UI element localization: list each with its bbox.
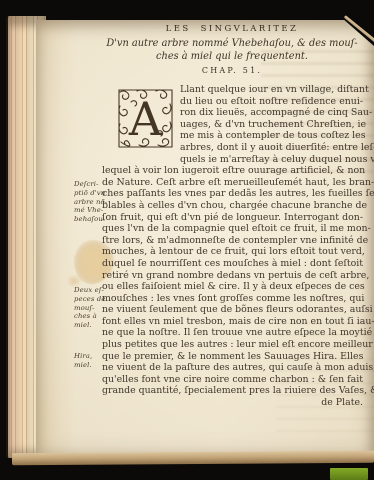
body-line: que le premier, & le nomment les Sauuage…: [102, 351, 363, 363]
body-line: mouches, à lentour de ce fruit, qui lors…: [102, 246, 363, 258]
body-line: de Plate.: [102, 397, 363, 409]
body-line: ne que la noſtre. Il ſen trouue vne autr…: [102, 327, 363, 339]
body-line: font elles vn miel tresbon, mais de cire…: [102, 316, 363, 328]
running-header: LES SINGVLARITEZ: [92, 24, 372, 34]
green-table-strip: [330, 468, 368, 480]
body-line: mouſches : les vnes ſont groſſes comme l…: [102, 293, 363, 305]
margin-note-line: miel.: [74, 321, 104, 330]
body-line: duquel ſe nourriſſent ces mouſches à mie…: [102, 258, 363, 270]
margin-note-line: Deſcri-: [74, 180, 104, 189]
body-line: quels ie m'arreſtay à celuy duquel nous …: [102, 154, 363, 166]
body-line: ſon fruit, qui eſt d'vn pié de longueur.…: [102, 212, 363, 224]
chapter-title: D'vn autre arbre nommé Vhebehaſou, & des…: [92, 38, 372, 63]
margin-note-tree-description: Deſcri-ptiõ d'vnarbre nõ-mé Vhe-behaſou.: [74, 180, 104, 224]
margin-note-line: Deux eſ-: [74, 286, 104, 295]
body-line: ſtre lors, & m'admonneſte de contempler …: [102, 235, 363, 247]
margin-note-line: ptiõ d'vn: [74, 189, 104, 198]
margin-note-hira: Hira,miel.: [74, 352, 104, 370]
body-line: plus petites que les autres : leur miel …: [102, 339, 363, 351]
body-line: retiré vn grand nombre dedans vn pertuis…: [102, 270, 363, 282]
body-line: grande quantité, ſpecialement pres la ri…: [102, 385, 363, 397]
margin-note-two-species: Deux eſ-peces demouſ-ches àmiel.: [74, 286, 104, 330]
margin-note-line: mé Vhe-: [74, 206, 104, 215]
body-line: blables à celles d'vn chou, chargée chac…: [102, 200, 363, 212]
body-line: qu'elles font vne cire noire comme charb…: [102, 374, 363, 386]
drop-cap-float: A: [102, 84, 180, 154]
margin-note-line: miel.: [74, 361, 104, 370]
margin-note-line: Hira,: [74, 352, 104, 361]
drop-cap-letter: A: [128, 92, 163, 146]
margin-note-line: behaſou.: [74, 215, 104, 224]
body-line: ches paſſants les vnes par dedãs les aut…: [102, 188, 363, 200]
body-line: lequel à voir lon iugeroit eſtre ouurage…: [102, 165, 363, 177]
margin-note-line: mouſ-: [74, 304, 104, 313]
margin-note-line: ches à: [74, 312, 104, 321]
margin-note-line: arbre nõ-: [74, 198, 104, 207]
body-line: de Nature. Ceſt arbre eſt merueilleuſemé…: [102, 177, 363, 189]
chapter-title-line: D'vn autre arbre nommé Vhebehaſou, & des…: [92, 38, 372, 51]
chapter-title-line: ches à miel qui le frequentent.: [92, 51, 372, 64]
body-line: ques l'vn de la compagnie quel eſtoit ce…: [102, 223, 363, 235]
margin-note-line: peces de: [74, 295, 104, 304]
body-text: A Llant quelque iour en vn village, diſt…: [102, 84, 363, 409]
body-line: ou elles faiſoient miel & cire. Il y à d…: [102, 281, 363, 293]
body-line: ne viuent de la paſture des autres, qui …: [102, 362, 363, 374]
chapter-number: CHAP. 51.: [92, 66, 372, 75]
ornamental-initial-A: A: [117, 88, 174, 149]
body-line: ne viuent ſeulement que de bõnes fleurs …: [102, 304, 363, 316]
book-bottom-edge: [12, 451, 374, 466]
book-photo: LES SINGVLARITEZ D'vn autre arbre nommé …: [0, 0, 374, 480]
woodcut-initial-frame: A: [117, 88, 174, 149]
